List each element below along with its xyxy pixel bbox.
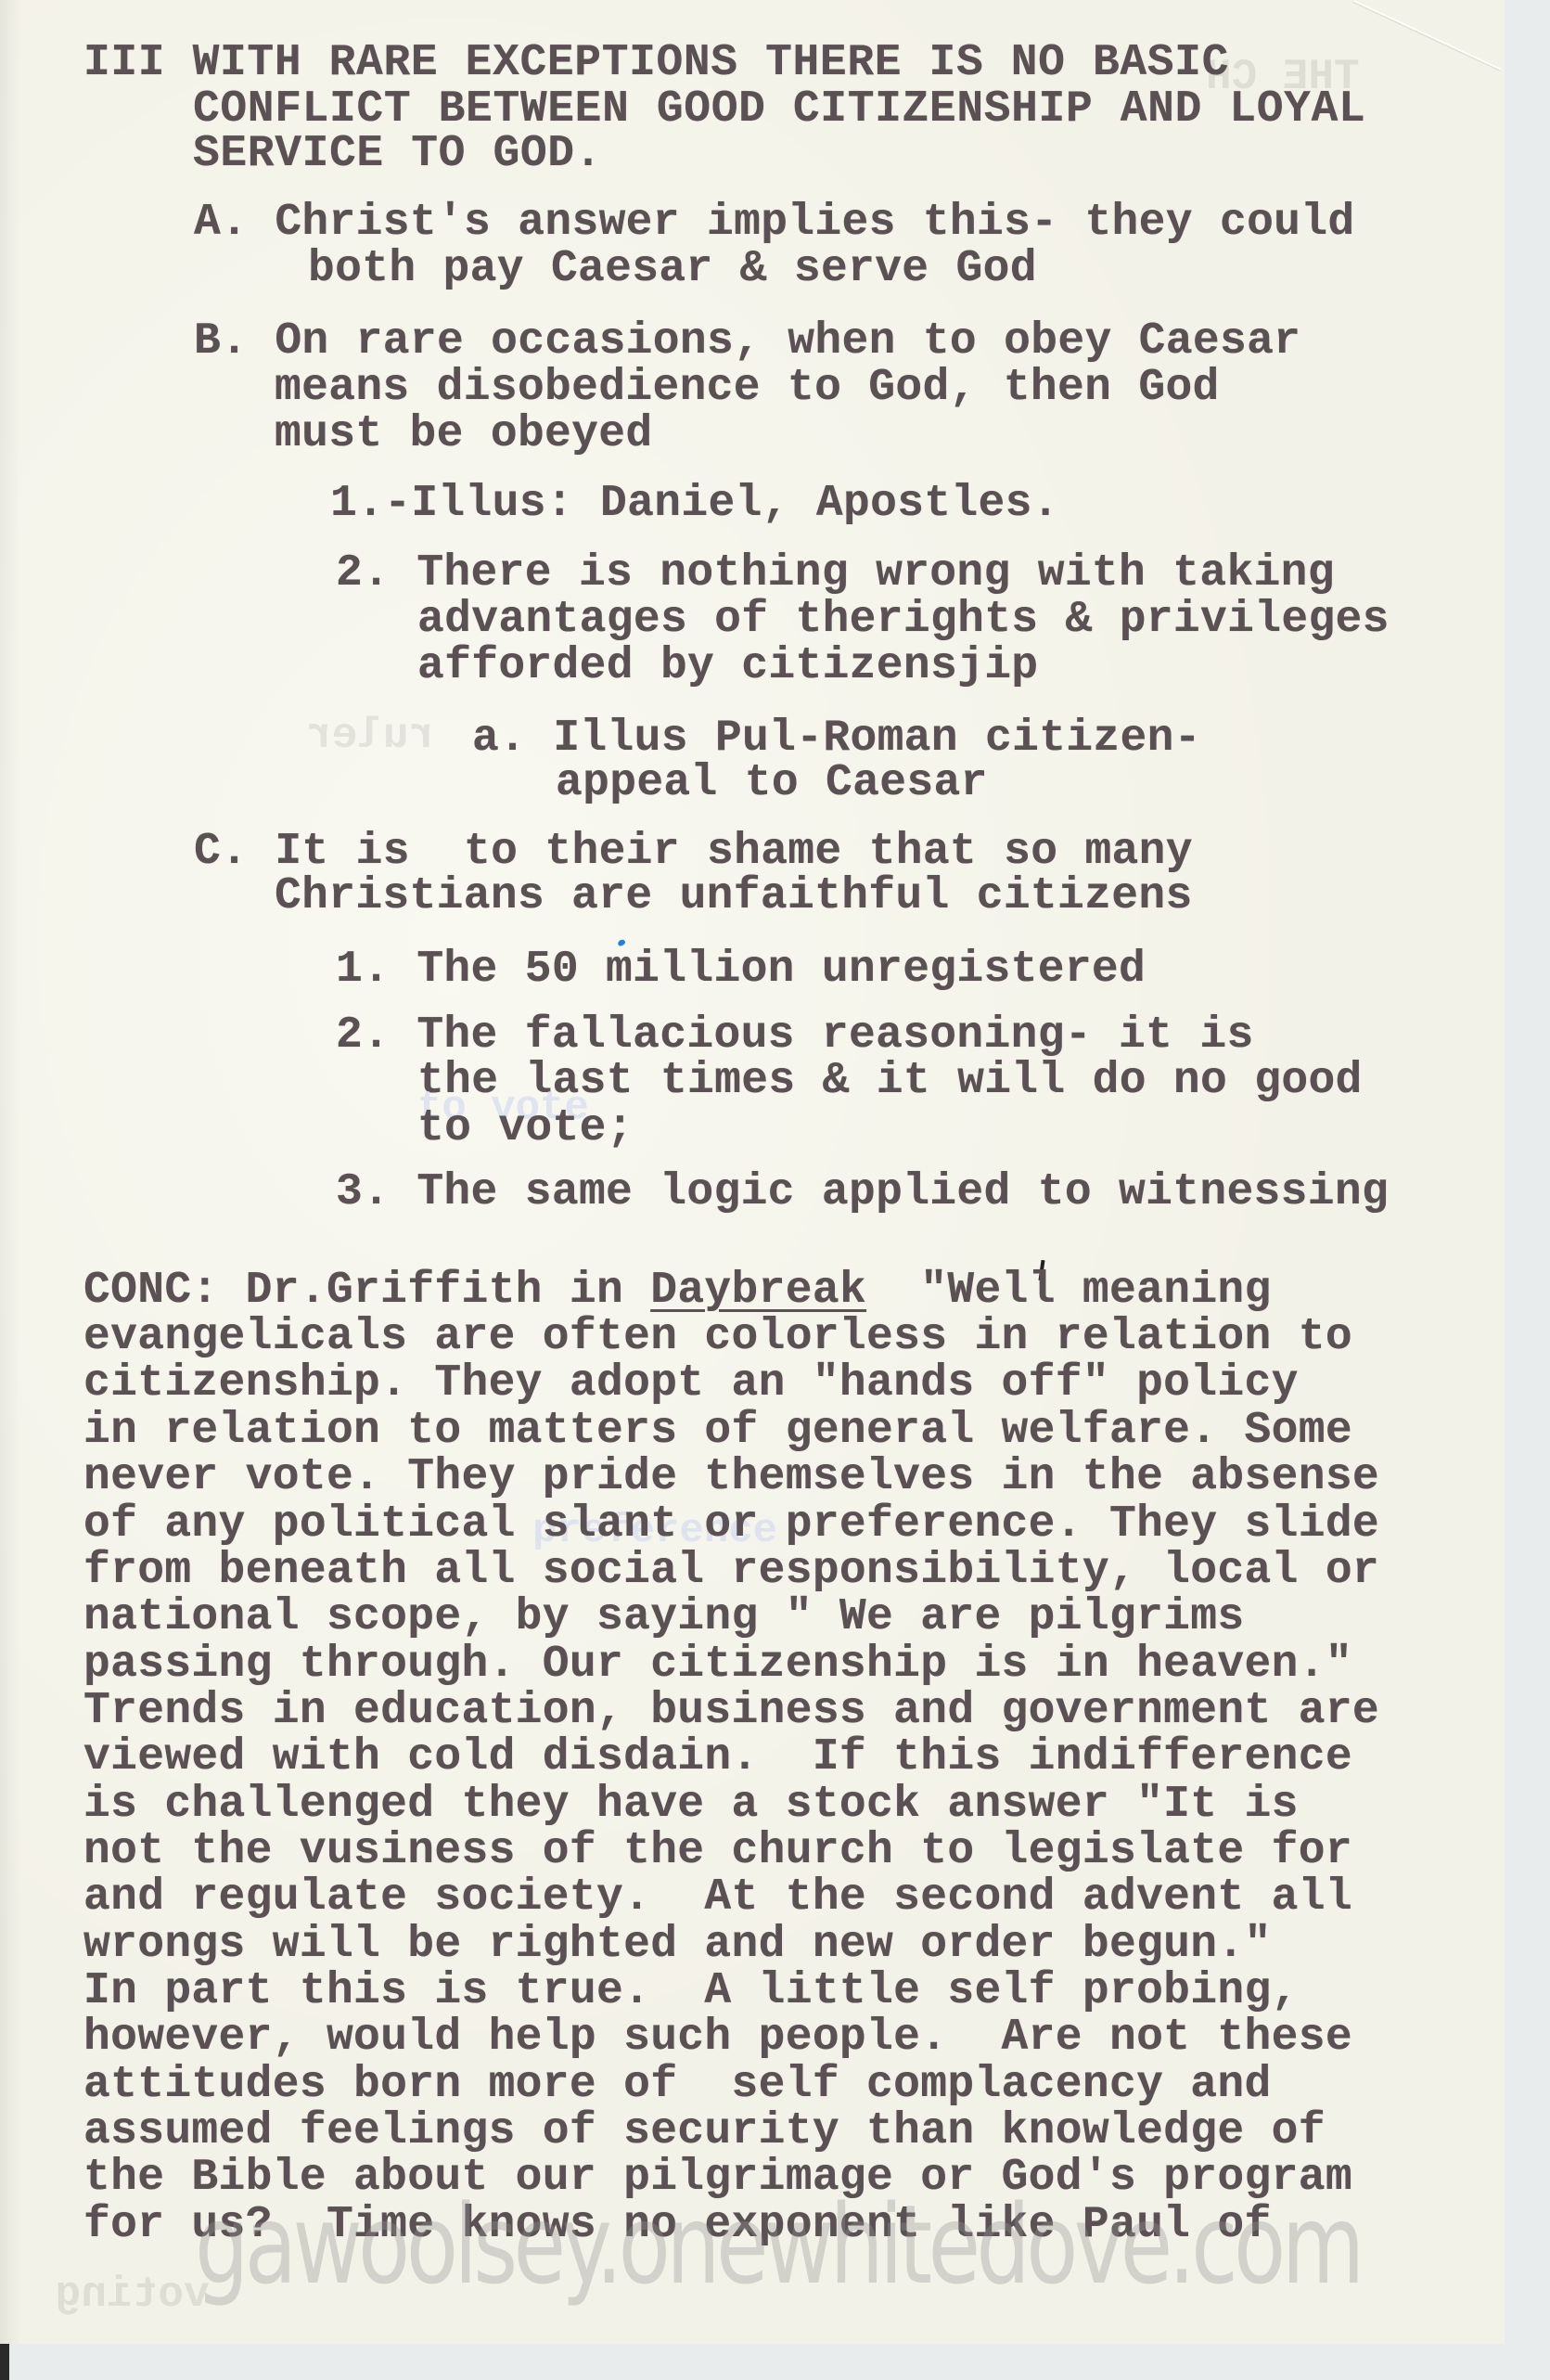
point-c-sub-2-line: to vote;: [417, 1106, 634, 1151]
conclusion-line: Trends in education, business and govern…: [83, 1689, 1379, 1733]
point-c-line: C. It is to their shame that so many: [194, 830, 1193, 874]
conclusion-line: not the vusiness of the church to legisl…: [83, 1829, 1352, 1873]
conclusion-line: assumed feelings of security than knowle…: [83, 2109, 1326, 2154]
conclusion-quote-start: "Well meaning: [866, 1266, 1272, 1316]
conclusion-line: national scope, by saying " We are pilgr…: [83, 1595, 1245, 1640]
point-b-line: means disobedience to God, then God: [275, 366, 1220, 410]
fold-crease: [1353, 0, 1501, 71]
conclusion-line: passing through. Our citizenship is in h…: [83, 1642, 1352, 1687]
conclusion-line: is challenged they have a stock answer "…: [83, 1782, 1299, 1827]
point-b-sub-2a-line: a. Illus Pul-Roman citizen-: [472, 716, 1201, 761]
conclusion-line: evangelicals are often colorless in rela…: [83, 1315, 1352, 1359]
point-b-sub-2a-line: appeal to Caesar: [556, 761, 988, 805]
point-b-sub-2-line: 2. There is nothing wrong with taking: [336, 551, 1335, 596]
watermark-text: gawoolsey.onewhitedove.com: [195, 2190, 1361, 2299]
bleed-through-text: voting: [56, 2273, 210, 2316]
conclusion-first-line: CONC: Dr.Griffith in Daybreak "Well mean…: [83, 1268, 1272, 1313]
point-a-line: A. Christ's answer implies this- they co…: [194, 200, 1355, 245]
conclusion-line: attitudes born more of self complacency …: [83, 2063, 1272, 2107]
scanner-edge: [0, 2344, 9, 2380]
point-c-sub-3: 3. The same logic applied to witnessing: [336, 1170, 1389, 1215]
book-title: Daybreak: [650, 1266, 866, 1316]
point-c-sub-1: 1. The 50 million unregistered: [336, 947, 1146, 992]
conclusion-line: however, would help such people. Are not…: [83, 2015, 1352, 2060]
conclusion-line: citizenship. They adopt an "hands off" p…: [83, 1361, 1299, 1406]
point-c-line: Christians are unfaithful citizens: [275, 874, 1193, 919]
conclusion-line: wrongs will be righted and new order beg…: [83, 1923, 1272, 1967]
point-c-sub-2-line: 2. The fallacious reasoning- it is: [336, 1013, 1254, 1058]
bleed-through-text: ruler: [306, 714, 434, 757]
conclusion-line: in relation to matters of general welfar…: [83, 1409, 1352, 1453]
conclusion-label: CONC:: [83, 1266, 219, 1316]
conclusion-line: never vote. They pride themselves in the…: [83, 1455, 1379, 1499]
point-b-sub-2-line: afforded by citizensjip: [417, 644, 1038, 688]
section-heading-line: SERVICE TO GOD.: [193, 132, 602, 176]
conclusion-line: and regulate society. At the second adve…: [83, 1875, 1352, 1920]
paper-page: THE CH ruler voting III WITH RARE EXCEPT…: [0, 0, 1505, 2344]
conclusion-line: viewed with cold disdain. If this indiff…: [83, 1735, 1352, 1780]
conclusion-intro: Dr.Griffith in: [219, 1266, 651, 1316]
point-b-line: B. On rare occasions, when to obey Caesa…: [194, 319, 1300, 364]
conclusion-line: of any political slant or preference. Th…: [83, 1502, 1379, 1547]
section-heading-line: CONFLICT BETWEEN GOOD CITIZENSHIP AND LO…: [193, 87, 1365, 132]
conclusion-line: from beneath all social responsibility, …: [83, 1549, 1379, 1593]
conclusion-line: In part this is true. A little self prob…: [83, 1969, 1299, 2013]
point-b-sub-2-line: advantages of therights & privileges: [417, 598, 1390, 642]
point-a-line: both pay Caesar & serve God: [308, 247, 1037, 291]
point-b-sub-1: 1.-Illus: Daniel, Apostles.: [330, 482, 1059, 526]
section-heading-line: III WITH RARE EXCEPTIONS THERE IS NO BAS…: [83, 41, 1229, 85]
point-b-line: must be obeyed: [275, 412, 652, 457]
